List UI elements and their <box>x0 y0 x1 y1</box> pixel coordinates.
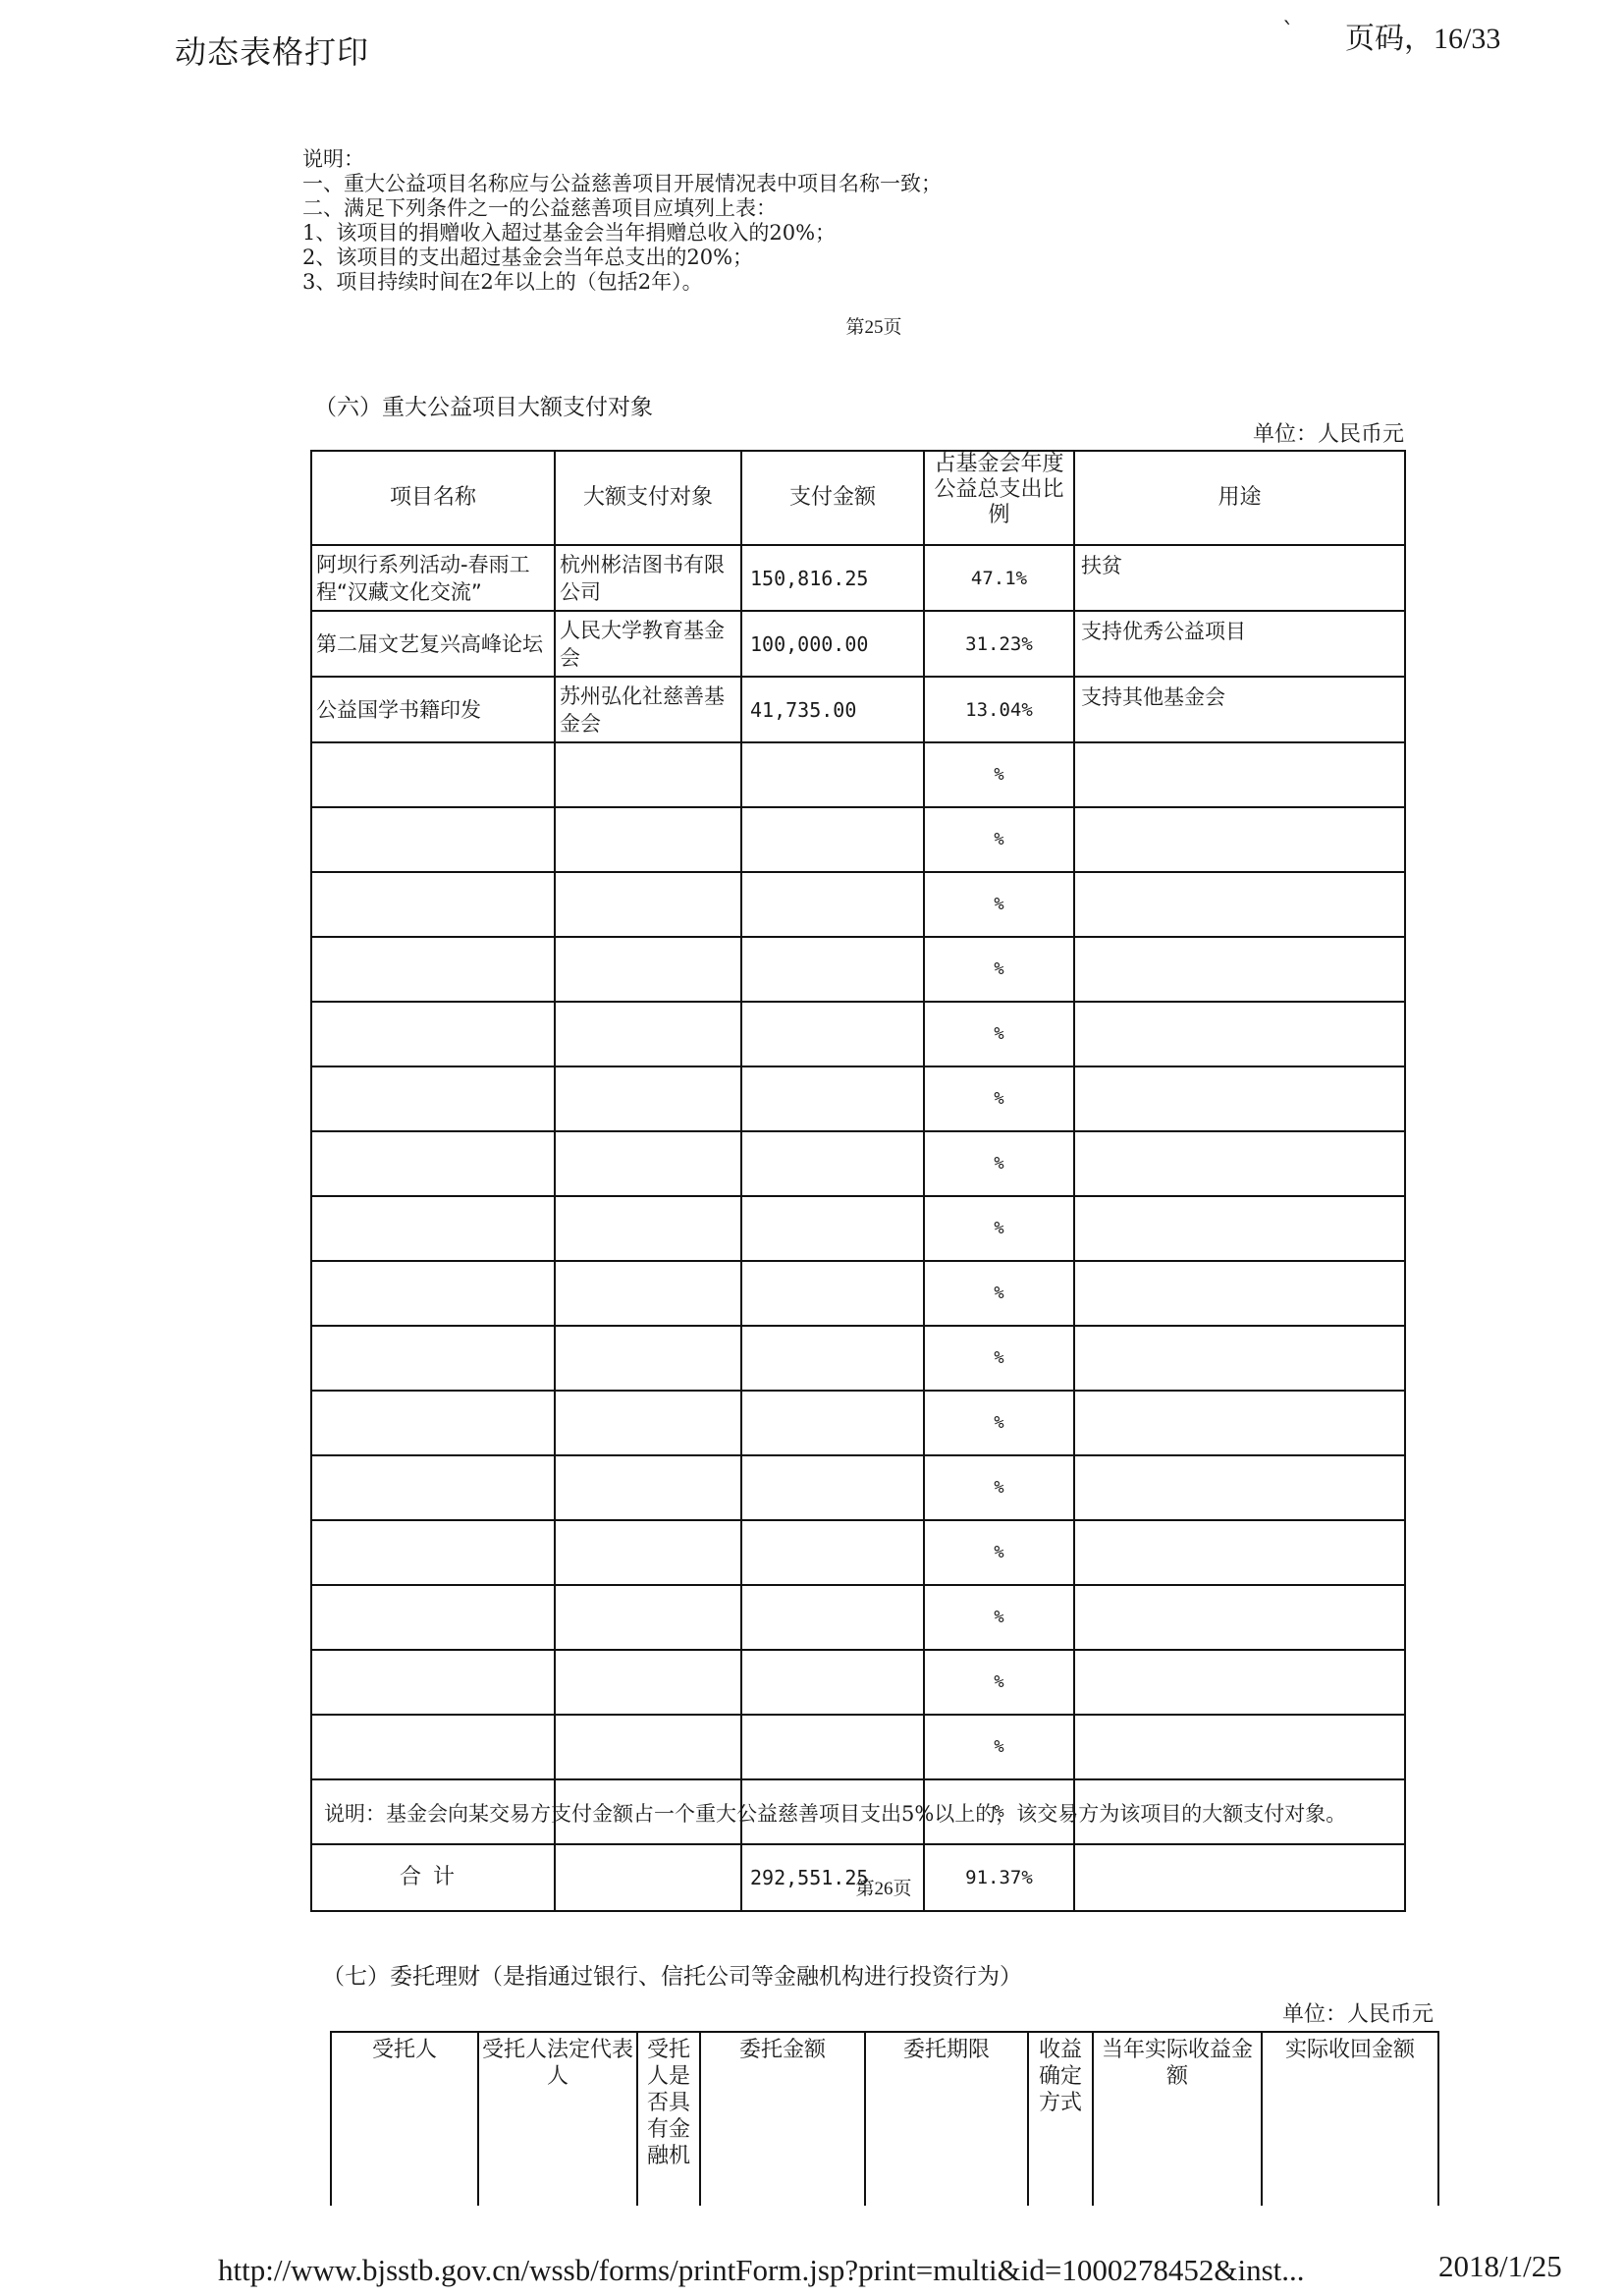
empty-purpose <box>1074 1585 1405 1650</box>
empty-purpose <box>1074 1131 1405 1196</box>
empty-row: % <box>311 807 1405 872</box>
section7-title: （七）委托理财（是指通过银行、信托公司等金融机构进行投资行为） <box>322 1958 1022 1991</box>
empty-row: % <box>311 1326 1405 1391</box>
empty-name <box>311 742 555 807</box>
empty-row: % <box>311 1002 1405 1066</box>
empty-row: % <box>311 937 1405 1002</box>
project-name: 第二届文艺复兴高峰论坛 <box>311 611 555 677</box>
empty-name <box>311 1066 555 1131</box>
empty-ratio: % <box>924 1196 1074 1261</box>
empty-purpose <box>1074 1066 1405 1131</box>
empty-name <box>311 1715 555 1779</box>
amount: 100,000.00 <box>741 611 924 677</box>
empty-payee <box>555 1520 741 1585</box>
large-payment-table: 项目名称 大额支付对象 支付金额 占基金会年度公益总支出比例 用途 阿坝行系列活… <box>310 450 1406 1912</box>
empty-name <box>311 1520 555 1585</box>
empty-purpose <box>1074 1196 1405 1261</box>
print-header-title: 动态表格打印 <box>175 27 369 73</box>
table-row: 阿坝行系列活动-春雨工程“汉藏文化交流” 杭州彬洁图书有限公司 150,816.… <box>311 545 1405 611</box>
empty-ratio: % <box>924 1326 1074 1391</box>
col-entrusted-amount: 委托金额 <box>700 2032 865 2206</box>
empty-amount <box>741 1650 924 1715</box>
empty-payee <box>555 1131 741 1196</box>
empty-amount <box>741 1326 924 1391</box>
empty-payee <box>555 742 741 807</box>
empty-name <box>311 1650 555 1715</box>
empty-name <box>311 1455 555 1520</box>
empty-amount <box>741 1520 924 1585</box>
total-payee <box>555 1844 741 1911</box>
empty-name <box>311 1326 555 1391</box>
col-income-method: 收益确定方式 <box>1028 2032 1093 2206</box>
empty-row: % <box>311 1715 1405 1779</box>
section7-unit: 单位：人民币元 <box>1178 1997 1434 2028</box>
footer-date: 2018/1/25 <box>1438 2249 1562 2284</box>
empty-row: % <box>311 1520 1405 1585</box>
empty-amount <box>741 742 924 807</box>
col-ratio: 占基金会年度公益总支出比例 <box>924 451 1074 545</box>
notes-heading: 说明： <box>302 147 942 172</box>
total-label: 合计 <box>311 1844 555 1911</box>
purpose: 支持优秀公益项目 <box>1074 611 1405 677</box>
empty-row: % <box>311 1391 1405 1455</box>
empty-purpose <box>1074 1326 1405 1391</box>
purpose: 扶贫 <box>1074 545 1405 611</box>
ratio: 13.04% <box>924 677 1074 742</box>
empty-payee <box>555 1002 741 1066</box>
col-payee: 大额支付对象 <box>555 451 741 545</box>
empty-amount <box>741 1455 924 1520</box>
empty-ratio: % <box>924 1455 1074 1520</box>
empty-row: % <box>311 742 1405 807</box>
total-purpose <box>1074 1844 1405 1911</box>
empty-payee <box>555 1066 741 1131</box>
col-recovered-amount: 实际收回金额 <box>1262 2032 1438 2206</box>
notes-line: 二、满足下列条件之一的公益慈善项目应填列上表： <box>302 196 942 221</box>
empty-ratio: % <box>924 1391 1074 1455</box>
empty-amount <box>741 807 924 872</box>
empty-payee <box>555 1650 741 1715</box>
empty-name <box>311 1391 555 1455</box>
empty-amount <box>741 1196 924 1261</box>
empty-purpose <box>1074 742 1405 807</box>
table-header-row: 项目名称 大额支付对象 支付金额 占基金会年度公益总支出比例 用途 <box>311 451 1405 545</box>
col-legal-rep: 受托人法定代表人 <box>478 2032 637 2206</box>
payee: 杭州彬洁图书有限公司 <box>555 545 741 611</box>
empty-ratio: % <box>924 1131 1074 1196</box>
amount: 41,735.00 <box>741 677 924 742</box>
empty-payee <box>555 872 741 937</box>
page-mark-26: 第26页 <box>815 1874 952 1900</box>
empty-amount <box>741 1131 924 1196</box>
ratio: 31.23% <box>924 611 1074 677</box>
notes-line: 一、重大公益项目名称应与公益慈善项目开展情况表中项目名称一致； <box>302 172 942 196</box>
amount: 150,816.25 <box>741 545 924 611</box>
col-is-financial: 受托人是否具有金融机 <box>637 2032 700 2206</box>
empty-ratio: % <box>924 937 1074 1002</box>
empty-ratio: % <box>924 872 1074 937</box>
empty-purpose <box>1074 872 1405 937</box>
empty-name <box>311 937 555 1002</box>
empty-amount <box>741 1002 924 1066</box>
page-mark-25: 第25页 <box>805 312 943 339</box>
notes-line: 2、该项目的支出超过基金会当年总支出的20%； <box>302 246 942 270</box>
empty-name <box>311 1585 555 1650</box>
empty-amount <box>741 1066 924 1131</box>
header-mark: ` <box>1282 18 1294 45</box>
purpose: 支持其他基金会 <box>1074 677 1405 742</box>
empty-payee <box>555 1261 741 1326</box>
empty-row: % <box>311 1585 1405 1650</box>
empty-amount <box>741 872 924 937</box>
empty-name <box>311 1196 555 1261</box>
entrusted-finance-table: 受托人 受托人法定代表人 受托人是否具有金融机 委托金额 委托期限 收益确定方式… <box>330 2031 1439 2206</box>
empty-ratio: % <box>924 1066 1074 1131</box>
footer-url: http://www.bjsstb.gov.cn/wssb/forms/prin… <box>218 2253 1305 2288</box>
empty-amount <box>741 1585 924 1650</box>
empty-name <box>311 1002 555 1066</box>
empty-amount <box>741 937 924 1002</box>
empty-ratio: % <box>924 1715 1074 1779</box>
empty-payee <box>555 1196 741 1261</box>
project-name: 公益国学书籍印发 <box>311 677 555 742</box>
col-actual-income: 当年实际收益金额 <box>1093 2032 1262 2206</box>
empty-row: % <box>311 1066 1405 1131</box>
empty-row: % <box>311 1196 1405 1261</box>
empty-row: % <box>311 1131 1405 1196</box>
empty-payee <box>555 1455 741 1520</box>
empty-ratio: % <box>924 1650 1074 1715</box>
project-name: 阿坝行系列活动-春雨工程“汉藏文化交流” <box>311 545 555 611</box>
page-indicator: 页码，16/33 <box>1345 14 1500 57</box>
empty-payee <box>555 1391 741 1455</box>
empty-name <box>311 1261 555 1326</box>
section6-note: 说明：基金会向某交易方支付金额占一个重大公益慈善项目支出5%以上的，该交易方为该… <box>324 1799 1428 1829</box>
col-purpose: 用途 <box>1074 451 1405 545</box>
empty-ratio: % <box>924 1261 1074 1326</box>
empty-name <box>311 872 555 937</box>
empty-purpose <box>1074 1002 1405 1066</box>
empty-amount <box>741 1261 924 1326</box>
empty-payee <box>555 1585 741 1650</box>
empty-row: % <box>311 1261 1405 1326</box>
empty-row: % <box>311 1650 1405 1715</box>
section6-unit: 单位：人民币元 <box>1159 417 1404 448</box>
empty-payee <box>555 1326 741 1391</box>
col-trustee: 受托人 <box>331 2032 478 2206</box>
empty-amount <box>741 1391 924 1455</box>
empty-row: % <box>311 1455 1405 1520</box>
ratio: 47.1% <box>924 545 1074 611</box>
empty-payee <box>555 937 741 1002</box>
empty-purpose <box>1074 937 1405 1002</box>
empty-payee <box>555 1715 741 1779</box>
col-amount: 支付金额 <box>741 451 924 545</box>
empty-purpose <box>1074 1650 1405 1715</box>
empty-amount <box>741 1715 924 1779</box>
notes-line: 1、该项目的捐赠收入超过基金会当年捐赠总收入的20%； <box>302 221 942 246</box>
empty-row: % <box>311 872 1405 937</box>
empty-purpose <box>1074 1391 1405 1455</box>
col-project-name: 项目名称 <box>311 451 555 545</box>
payee: 人民大学教育基金会 <box>555 611 741 677</box>
empty-ratio: % <box>924 1585 1074 1650</box>
empty-payee <box>555 807 741 872</box>
empty-purpose <box>1074 1261 1405 1326</box>
col-term: 委托期限 <box>865 2032 1028 2206</box>
empty-purpose <box>1074 1455 1405 1520</box>
empty-purpose <box>1074 1520 1405 1585</box>
table-row: 公益国学书籍印发 苏州弘化社慈善基金会 41,735.00 13.04% 支持其… <box>311 677 1405 742</box>
empty-ratio: % <box>924 807 1074 872</box>
table-row: 第二届文艺复兴高峰论坛 人民大学教育基金会 100,000.00 31.23% … <box>311 611 1405 677</box>
empty-ratio: % <box>924 1002 1074 1066</box>
empty-purpose <box>1074 1715 1405 1779</box>
notes-line: 3、项目持续时间在2年以上的（包括2年）。 <box>302 270 942 295</box>
empty-name <box>311 807 555 872</box>
table-header-row: 受托人 受托人法定代表人 受托人是否具有金融机 委托金额 委托期限 收益确定方式… <box>331 2032 1438 2206</box>
payee: 苏州弘化社慈善基金会 <box>555 677 741 742</box>
empty-name <box>311 1131 555 1196</box>
empty-ratio: % <box>924 1520 1074 1585</box>
section6-title: （六）重大公益项目大额支付对象 <box>314 389 653 421</box>
empty-purpose <box>1074 807 1405 872</box>
notes-top: 说明： 一、重大公益项目名称应与公益慈善项目开展情况表中项目名称一致； 二、满足… <box>302 147 942 295</box>
empty-ratio: % <box>924 742 1074 807</box>
